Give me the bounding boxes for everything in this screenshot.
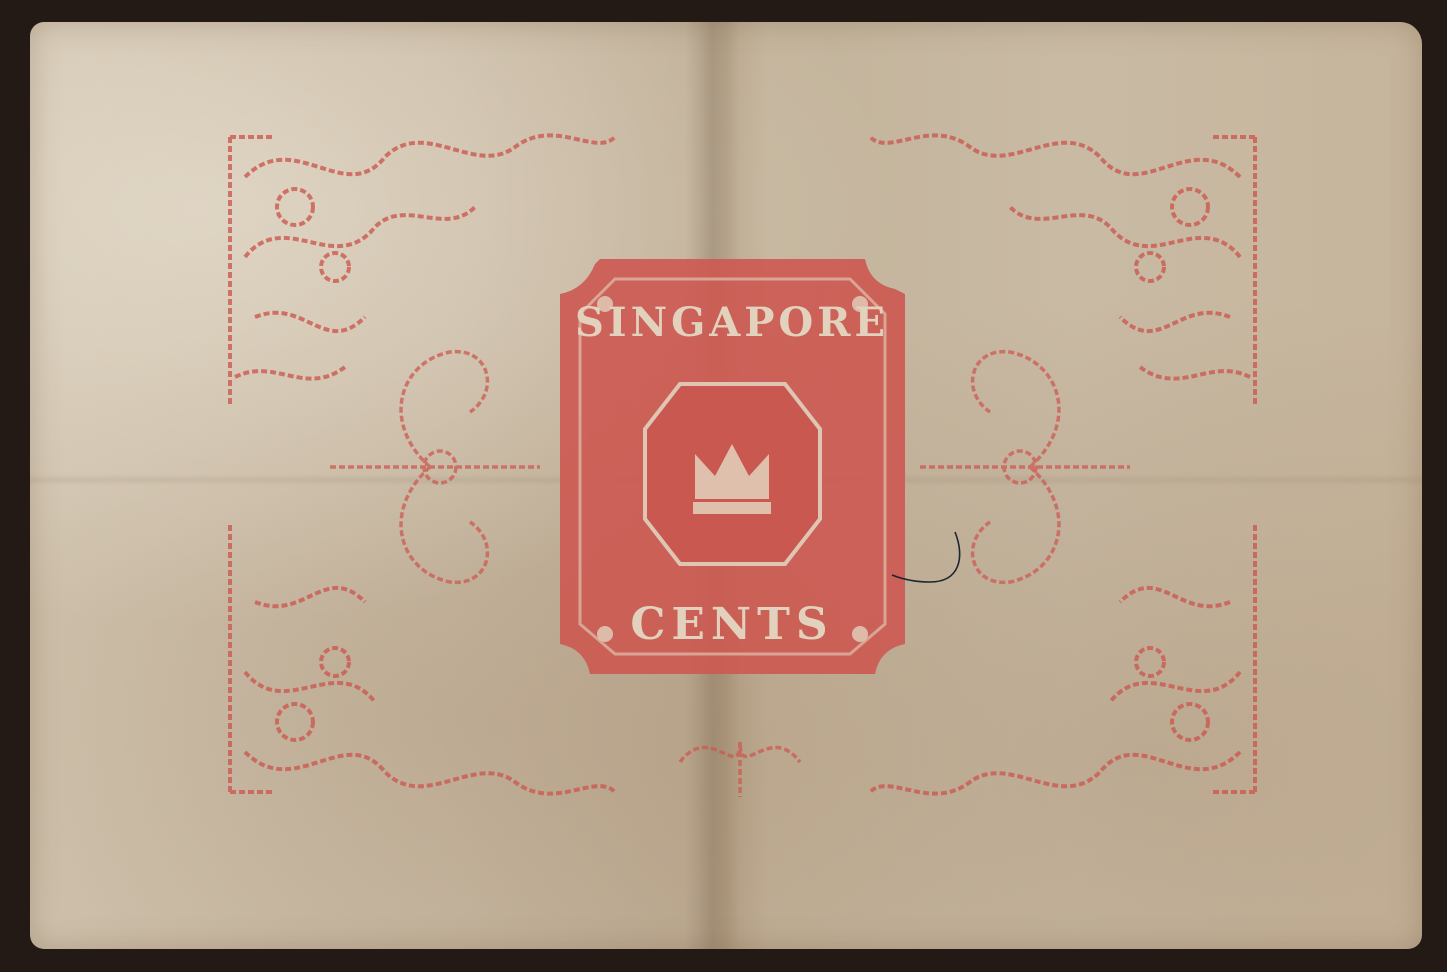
ornament-bottom-center [670,702,810,802]
banknote: SINGAPORE CENTS [30,22,1422,949]
pen-mark [890,527,970,607]
seal-top-text: SINGAPORE [575,299,889,346]
ornament-left-flourish [320,332,550,602]
seal-bottom-text: CENTS [630,599,833,650]
central-seal: SINGAPORE CENTS [555,254,910,684]
